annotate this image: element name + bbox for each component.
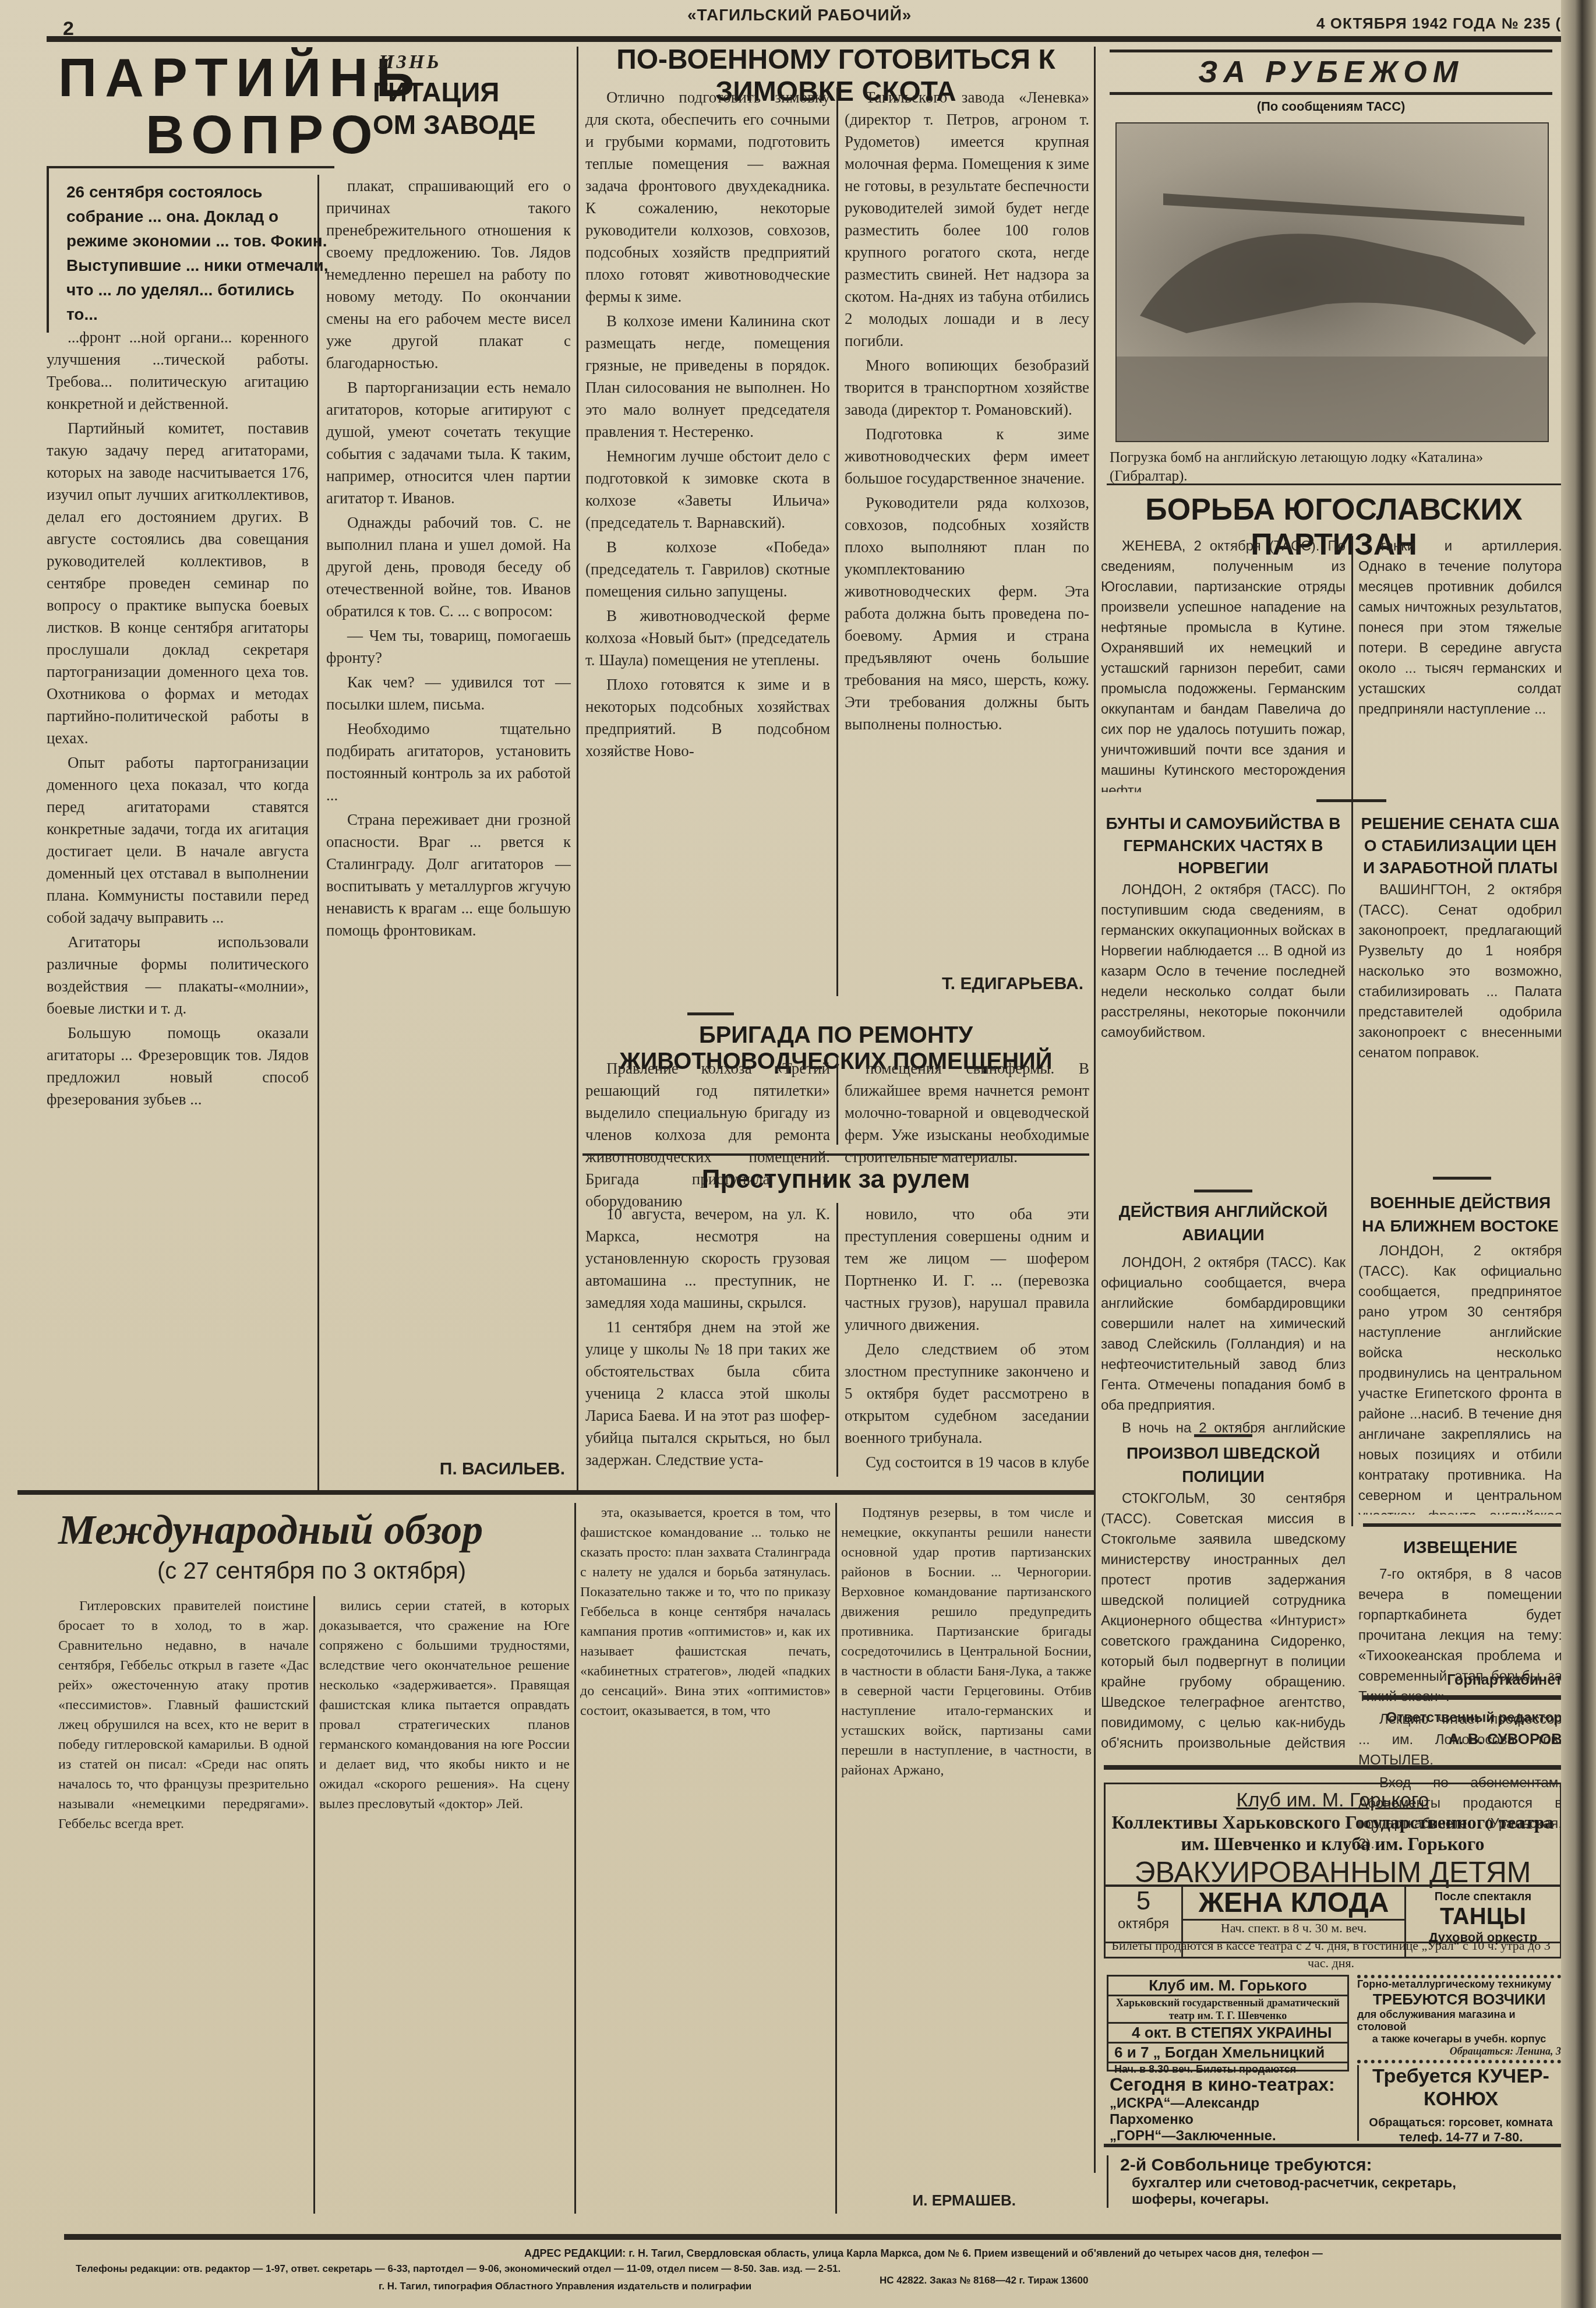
column-divider <box>313 1596 315 2214</box>
review-col2: вились серии статей, в которых доказывае… <box>319 1596 570 2214</box>
footer-rule <box>64 2234 1567 2240</box>
column-divider <box>836 1203 838 1477</box>
separator <box>1433 1177 1491 1180</box>
editor-name: А. В. СУВОРОВ <box>1358 1730 1562 1748</box>
separator <box>687 1012 734 1015</box>
yugoslavia-col1: ЖЕНЕВА, 2 октября (ТАСС). По сведениям, … <box>1101 536 1346 792</box>
party-subheadline: ГИТАЦИЯ ОМ ЗАВОДЕ <box>373 76 536 141</box>
dance-label: ТАНЦЫ <box>1440 1904 1526 1929</box>
review-subtitle: (с 27 сентября по 3 октября) <box>157 1558 466 1584</box>
near-east-headline: ВОЕННЫЕ ДЕЙСТВИЯ НА БЛИЖНЕМ ВОСТОКЕ <box>1358 1191 1562 1238</box>
column-divider <box>577 47 578 1491</box>
column-divider <box>574 1503 576 2214</box>
abroad-header: ЗА РУБЕЖОМ <box>1110 50 1552 95</box>
near-east-body: ЛОНДОН, 2 октября (ТАСС). Как официально… <box>1358 1241 1562 1515</box>
technikum-ad: Горно-металлургическому техникуму ТРЕБУЮ… <box>1357 1975 1561 2063</box>
play-month: октября <box>1106 1916 1181 1932</box>
criminal-headline: Преступник за рулем <box>582 1165 1089 1194</box>
section-rule <box>1104 1765 1564 1770</box>
separator <box>1194 1190 1252 1192</box>
tickets-info: Билеты продаются в кассе театра с 2 ч. д… <box>1104 1937 1558 1972</box>
separator <box>1194 1434 1252 1437</box>
section-rule <box>17 1490 1095 1495</box>
party-signature: П. ВАСИЛЬЕВ. <box>326 1459 565 1479</box>
livestock-signature: Т. ЕДИГАРЬЕВА. <box>845 974 1083 994</box>
play-title: ЖЕНА КЛОДА <box>1183 1887 1404 1919</box>
footer-printer: г. Н. Тагил, типография Областного Управ… <box>379 2281 751 2292</box>
footer-order: НС 42822. Заказ № 8168—42 г. Тираж 13600 <box>880 2275 1088 2286</box>
play-start: Нач. спект. в 8 ч. 30 м. веч. <box>1183 1919 1404 1936</box>
review-col3: эта, оказывается, кроется в том, что фаш… <box>580 1503 831 2214</box>
editor-label: Ответственный редактор <box>1358 1710 1562 1726</box>
column-divider <box>1351 536 1353 1526</box>
separator <box>1363 1523 1561 1527</box>
notice-signature: Горпарткабинет <box>1358 1672 1562 1689</box>
separator <box>1316 799 1386 802</box>
livestock-col1: Отлично подготовить зимовку для скота, о… <box>585 86 830 992</box>
sweden-headline: ПРОИЗВОЛ ШВЕДСКОЙ ПОЛИЦИИ <box>1101 1442 1346 1488</box>
coachman-ad: Требуется КУЧЕР-КОНЮХ Обращаться: горсов… <box>1357 2065 1563 2141</box>
review-col4: Подтянув резервы, в том числе и немецкие… <box>841 1503 1092 2185</box>
newspaper-page: 2 «ТАГИЛЬСКИЙ РАБОЧИЙ» 4 ОКТЯБРЯ 1942 ГО… <box>0 0 1596 2308</box>
cinema-ad: Сегодня в кино-театрах: „ИСКРА“—Александ… <box>1110 2074 1343 2144</box>
footer-address: АДРЕС РЕДАКЦИИ: г. Н. Тагил, Свердловска… <box>524 2247 1323 2260</box>
review-signature: И. ЕРМАШЕВ. <box>841 2191 1016 2210</box>
review-col1: Гитлеровских правителей поистине бросает… <box>58 1596 309 2202</box>
criminal-col1: 10 августа, вечером, на ул. К. Маркса, н… <box>585 1203 830 1477</box>
separator <box>582 1153 1089 1156</box>
criminal-col2: новило, что оба эти преступления соверше… <box>845 1203 1089 1477</box>
senate-body: ВАШИНГТОН, 2 октября (ТАСС). Сенат одобр… <box>1358 880 1562 1171</box>
column-divider <box>835 1503 837 2214</box>
wavy-separator <box>1107 484 1561 485</box>
raf-headline: ДЕЙСТВИЯ АНГЛИЙСКОЙ АВИАЦИИ <box>1101 1200 1346 1247</box>
abroad-source: (По сообщениям ТАСС) <box>1110 99 1552 114</box>
norway-body: ЛОНДОН, 2 октября (ТАСС). По поступившим… <box>1101 880 1346 1183</box>
livestock-col2: Тагильского завода «Леневка» (директор т… <box>845 86 1089 966</box>
play-day: 5 <box>1106 1887 1181 1916</box>
theatre-ad: Клуб им. М. Горького Харьковский государ… <box>1107 1975 1349 2071</box>
footer-phones: Телефоны редакции: отв. редактор — 1-97,… <box>76 2263 841 2275</box>
sweden-body: СТОКГОЛЬМ, 30 сентября (ТАСС). Советская… <box>1101 1488 1346 1756</box>
page-spine <box>1561 0 1596 2308</box>
party-article-col1: ...фронт ...ной органи... коренного улуч… <box>47 326 309 1480</box>
flying-boat-image <box>1117 123 1548 441</box>
masthead-rule <box>47 36 1561 42</box>
party-lead: 26 сентября состоялось собрание ... она.… <box>47 166 334 333</box>
column-divider <box>317 175 319 1491</box>
paper-name: «ТАГИЛЬСКИЙ РАБОЧИЙ» <box>687 6 912 24</box>
raf-body: ЛОНДОН, 2 октября (ТАСС). Как официально… <box>1101 1252 1346 1433</box>
norway-headline: БУНТЫ И САМОУБИЙСТВА В ГЕРМАНСКИХ ЧАСТЯХ… <box>1101 813 1346 879</box>
column-divider <box>1094 47 1096 2173</box>
column-divider <box>836 87 838 996</box>
party-rubric: ИЗНЬ <box>379 51 442 73</box>
party-article-headline: ПАРТИЙНЬ ВОПРО <box>58 50 384 164</box>
photo-caption: Погрузка бомб на английскую летающую лод… <box>1110 449 1552 486</box>
separator <box>1363 1695 1561 1700</box>
column-divider <box>836 1057 838 1145</box>
senate-headline: РЕШЕНИЕ СЕНАТА США О СТАБИЛИЗАЦИИ ЦЕН И … <box>1358 813 1562 879</box>
yugoslavia-col2: танки и артиллерия. Однако в течение пол… <box>1358 536 1562 792</box>
notice-headline: ИЗВЕЩЕНИЕ <box>1358 1538 1562 1558</box>
review-title: Международный обзор <box>58 1506 483 1554</box>
issue-date: 4 ОКТЯБРЯ 1942 ГОДА № 235 (501 <box>1316 15 1588 33</box>
party-article-col2: плакат, спрашивающий его о причинах тако… <box>326 175 571 1451</box>
hospital-ad: 2-й Совбольнице требуются: бухгалтер или… <box>1107 2155 1569 2208</box>
catalina-photo <box>1115 122 1549 442</box>
section-rule <box>1104 2144 1564 2147</box>
